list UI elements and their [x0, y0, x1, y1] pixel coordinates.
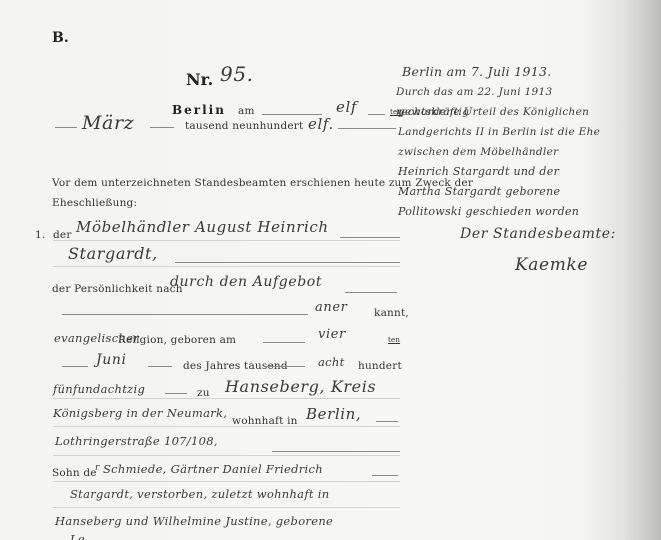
address-rule — [272, 451, 400, 452]
month-rule-right — [148, 366, 172, 367]
birth-month-value: Juni — [96, 352, 127, 368]
baseline — [53, 507, 400, 508]
annotation-line: Martha Stargardt geborene — [398, 182, 623, 202]
baseline — [53, 266, 400, 267]
surname-rule — [175, 262, 400, 263]
date-label: am — [238, 105, 255, 117]
year-value: elf. — [308, 115, 334, 133]
number-value: 95. — [220, 62, 254, 86]
occupation-name: Möbelhändler August Heinrich — [76, 218, 329, 236]
annotation-line: Heinrich Stargardt und der — [398, 162, 623, 182]
son-suffix: r — [95, 463, 100, 473]
birth-century-value: acht — [318, 355, 345, 369]
father-rule — [372, 475, 398, 476]
day-value: elf — [336, 98, 357, 116]
registrar-signature: Kaemke — [515, 255, 588, 275]
residence-rule — [376, 421, 398, 422]
person-index: 1. — [35, 229, 45, 241]
baseline — [53, 240, 400, 241]
birth-hundred-label: hundert — [358, 360, 402, 372]
identity-value: durch den Aufgebot — [170, 274, 322, 290]
margin-annotation: Berlin am 7. Juli 1913. Durch das am 22.… — [398, 62, 623, 222]
known-rule — [62, 314, 308, 315]
annotation-line: Berlin am 7. Juli 1913. — [398, 62, 623, 82]
month-rule — [62, 366, 88, 367]
identity-rule — [345, 292, 397, 293]
identity-label: der Persönlichkeit nach — [52, 283, 183, 295]
annotation-line: Pollitowski geschieden worden — [398, 202, 623, 222]
place-label: Berlin — [172, 103, 226, 117]
year-label: tausend neunhundert — [185, 120, 303, 132]
birthplace-value-2: Königsberg in der Neumark, — [53, 406, 227, 420]
birth-day-suffix: ten — [388, 336, 400, 344]
father-surname: Stargardt, verstorben, zuletzt wohnhaft … — [70, 487, 329, 501]
annotation-line: Durch das am 22. Juni 1913 rechtskräftig — [396, 82, 623, 102]
parents-line: Hanseberg und Wilhelmine Justine, gebore… — [55, 514, 333, 528]
intro-line-2: Eheschließung: — [52, 197, 137, 209]
address-value: Lothringerstraße 107/108, — [55, 434, 218, 448]
month-value: März — [82, 112, 134, 134]
month-rule-left — [55, 127, 77, 128]
birthyear-rule — [165, 393, 187, 394]
birth-day-value: vier — [318, 327, 346, 342]
baseline — [53, 455, 400, 456]
religion-label: Religion, geboren am — [118, 334, 236, 346]
month-rule-right — [150, 127, 174, 128]
baseline — [53, 398, 400, 399]
parents-line-cont: Le... — [70, 532, 97, 540]
surname: Stargardt, — [68, 244, 158, 263]
form-letter: B. — [52, 30, 69, 46]
son-label: Sohn de — [52, 467, 97, 479]
known-suffix: kannt, — [374, 307, 409, 319]
year-rule — [338, 128, 396, 129]
occupation-rule — [340, 237, 400, 238]
baseline — [53, 481, 400, 482]
birthday-rule — [263, 342, 305, 343]
baseline — [53, 426, 400, 427]
century-rule — [265, 366, 305, 367]
annotation-line: gewordene Urteil des Königlichen — [398, 102, 623, 122]
register-page: B. Nr. 95. Berlin am elf ten März tausen… — [0, 0, 661, 540]
birth-year-value: fünfundachtzig — [53, 382, 145, 396]
registrar-closing: Der Standesbeamte: — [460, 226, 616, 242]
birthplace-value: Hanseberg, Kreis — [225, 377, 376, 396]
father-value: Schmiede, Gärtner Daniel Friedrich — [103, 462, 323, 476]
day-rule — [368, 114, 385, 115]
page-edge-shadow — [623, 0, 661, 540]
annotation-line: Landgerichts II in Berlin ist die Ehe — [398, 122, 623, 142]
number-label: Nr. — [186, 70, 213, 89]
known-value: aner — [315, 300, 347, 315]
annotation-line: zwischen dem Möbelhändler — [398, 142, 623, 162]
residence-value: Berlin, — [306, 405, 361, 423]
